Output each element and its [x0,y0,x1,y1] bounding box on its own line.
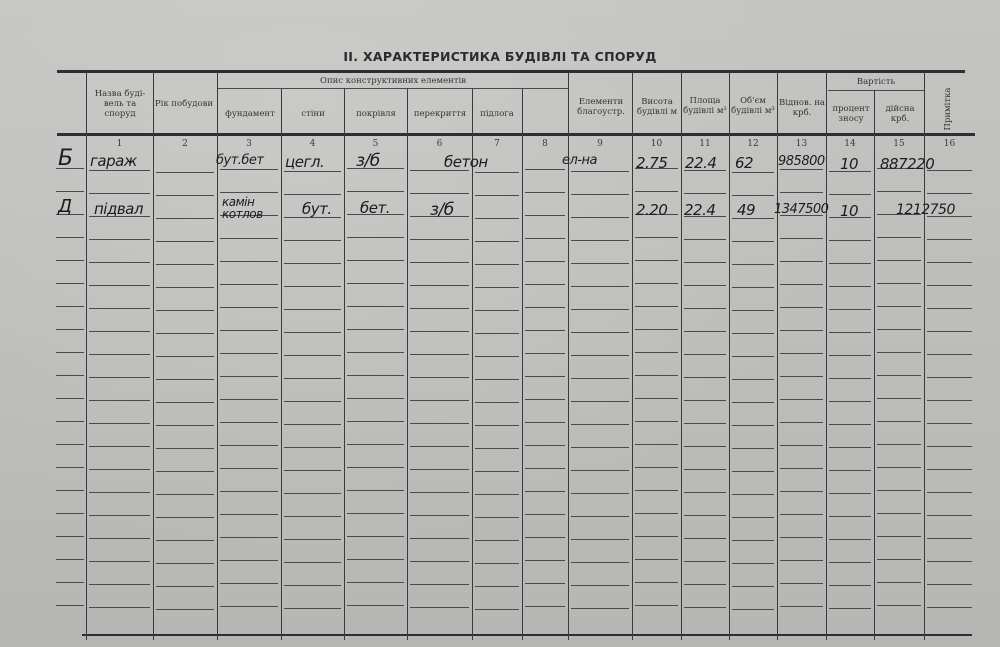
row-rule [525,192,565,193]
row-rule [284,401,341,402]
row-rule [347,536,404,537]
row-rule [927,561,972,562]
row-rule [347,352,404,353]
row1-letter: Б [58,146,73,171]
row-rule [347,513,404,514]
page-title: II. ХАРАКТЕРИСТИКА БУДІВЛІ ТА СПОРУД [0,49,1000,64]
row-rule [732,356,774,357]
row-rule [156,494,214,495]
col-header-replacement-value: Віднов. на крб. [779,94,825,122]
row-rule [927,285,972,286]
row-rule [284,447,341,448]
column-divider [826,72,827,640]
row-rule [347,467,404,468]
row-rule [877,582,921,583]
row-rule [635,605,678,606]
row-rule [780,445,823,446]
row-rule [156,448,214,449]
row-rule [89,423,150,424]
column-number: 10 [632,139,681,149]
col-header-roof: покрівля [345,104,407,124]
row-rule [410,423,469,424]
row-rule [89,469,150,470]
row-rule [780,422,823,423]
row-rule [571,424,629,425]
row-rule [780,376,823,377]
row-rule [525,169,565,170]
row-rule [571,355,629,356]
scanned-form-page: II. ХАРАКТЕРИСТИКА БУДІВЛІ ТА СПОРУД Опи… [0,0,1000,647]
row-rule [56,605,84,606]
column-number: 11 [681,139,729,149]
row-rule [927,423,972,424]
row-rule [525,238,565,239]
row-rule [635,352,678,353]
row-rule [732,540,774,541]
row-rule [732,494,774,495]
row-rule [56,467,84,468]
value-group-header: Вартість [828,76,924,88]
row2-volume: 49 [737,201,755,219]
col-header-height: Висота будівлі м [634,90,680,124]
row-rule [156,241,214,242]
row-rule [732,517,774,518]
row-rule [780,537,823,538]
row-rule [56,536,84,537]
row-rule [571,470,629,471]
row-rule [284,194,341,195]
row-rule [525,560,565,561]
row-rule [525,353,565,354]
column-number: 7 [472,139,522,149]
column-number: 6 [407,139,472,149]
row-rule [284,539,341,540]
row-rule [284,493,341,494]
row2-height: 2.20 [636,201,667,219]
row-rule [220,491,278,492]
row-rule [732,586,774,587]
row-rule [780,514,823,515]
row2-foundation: камін котлов [222,196,282,220]
row-rule [220,192,278,193]
row-rule [684,538,726,539]
row-rule [284,355,341,356]
row-rule [635,375,678,376]
row1-walls: цегл. [285,153,324,171]
row-rule [347,306,404,307]
row-rule [89,239,150,240]
row-rule [732,609,774,610]
column-divider [407,89,408,640]
row-rule [525,399,565,400]
row-rule [89,170,150,171]
col-header-wear-percent: процент зносу [828,100,874,128]
row-rule [347,398,404,399]
row-rule [156,586,214,587]
row-rule [927,262,972,263]
row-rule [89,308,150,309]
row-rule [56,375,84,376]
row-rule [220,261,278,262]
row-rule [877,375,921,376]
row-rule [347,421,404,422]
row-rule [475,195,519,196]
row-rule [220,583,278,584]
row-rule [56,559,84,560]
col-header-foundation: фундамент [219,104,281,124]
row-rule [475,471,519,472]
row-rule [347,605,404,606]
row-rule [156,540,214,541]
table-bottom-rule [82,634,972,636]
row-rule [347,444,404,445]
column-divider [153,72,154,640]
row-rule [780,583,823,584]
row-rule [284,424,341,425]
row-rule [829,585,871,586]
row-rule [525,284,565,285]
row-rule [780,560,823,561]
row-rule [927,538,972,539]
row-rule [525,445,565,446]
row-rule [410,515,469,516]
row-rule [475,241,519,242]
row-rule [877,306,921,307]
row-rule [780,238,823,239]
row-rule [732,402,774,403]
row-rule [525,215,565,216]
row-rule [284,516,341,517]
row-rule [156,563,214,564]
row-rule [877,237,921,238]
row1-roof: з/б [356,151,380,171]
row1-name: гараж [90,152,137,170]
row-rule [780,284,823,285]
row-rule [475,402,519,403]
row-rule [56,283,84,284]
row-rule [635,513,678,514]
row-rule [684,515,726,516]
row-rule [684,584,726,585]
col-header-volume: Об'єм будівлі м³ [730,88,776,124]
row-rule [780,399,823,400]
column-number: 12 [729,139,777,149]
row-rule [732,287,774,288]
row-rule [684,469,726,470]
row-rule [156,609,214,610]
row-rule [220,376,278,377]
row-rule [780,330,823,331]
row-rule [284,286,341,287]
row-rule [684,308,726,309]
row2-ceiling: з/б [430,200,454,220]
col-header-area: Площа будівлі м² [682,88,728,124]
row-rule [684,239,726,240]
row-rule [732,471,774,472]
row-rule [156,287,214,288]
row-rule [89,331,150,332]
construction-group-header: Опис конструктивних елементів [218,75,568,87]
row-rule [829,447,871,448]
row-rule [475,609,519,610]
row-rule [877,329,921,330]
row-rule [635,582,678,583]
row-rule [56,490,84,491]
row-rule [89,561,150,562]
row2-roof: бет. [360,199,390,217]
row-rule [927,584,972,585]
row-rule [410,538,469,539]
row-rule [156,195,214,196]
row-rule [475,517,519,518]
row-rule [525,307,565,308]
row-rule [571,194,629,195]
row-rule [635,559,678,560]
row2-area: 22.4 [684,201,715,219]
column-divider [681,72,682,640]
row-rule [89,285,150,286]
row-rule [220,307,278,308]
row2-wear-percent: 10 [840,202,858,220]
row-rule [571,562,629,563]
col-header-walls: стіни [282,104,344,124]
column-number: 8 [522,139,568,149]
row-rule [284,171,341,172]
row-rule [829,401,871,402]
row-rule [56,444,84,445]
row-rule [829,355,871,356]
row-rule [525,422,565,423]
row-rule [571,171,629,172]
row-rule [220,445,278,446]
row-rule [571,608,629,609]
row-rule [410,193,469,194]
row-rule [284,378,341,379]
row2-actual-value: 1212750 [896,202,955,218]
row-rule [475,586,519,587]
row-rule [56,306,84,307]
row-rule [571,286,629,287]
column-divider [874,90,875,640]
row-rule [475,310,519,311]
row-rule [89,262,150,263]
row2-walls: бут. [302,200,332,218]
row-rule [877,490,921,491]
column-divider [632,72,633,640]
row-rule [347,490,404,491]
row1-height: 2.75 [636,154,667,172]
row-rule [284,263,341,264]
row-rule [635,536,678,537]
row-rule [780,353,823,354]
row-rule [877,513,921,514]
row-rule [525,606,565,607]
row-rule [347,237,404,238]
row-rule [156,264,214,265]
row-rule [877,559,921,560]
row-rule [877,444,921,445]
column-number: 13 [777,139,826,149]
row-rule [927,354,972,355]
row-rule [410,377,469,378]
row-rule [635,191,678,192]
column-number: 4 [281,139,344,149]
column-divider [344,89,345,640]
row-rule [156,310,214,311]
row-rule [829,332,871,333]
row-rule [347,375,404,376]
row-rule [475,264,519,265]
row-rule [829,516,871,517]
row2-letter: Д [58,196,72,217]
row-rule [571,493,629,494]
row-rule [684,423,726,424]
row-rule [684,285,726,286]
row-rule [829,194,871,195]
header-bottom-rule [57,133,975,136]
row-rule [410,354,469,355]
row-rule [347,283,404,284]
row-rule [89,584,150,585]
row-rule [475,218,519,219]
row-rule [475,563,519,564]
row-rule [475,172,519,173]
row-rule [780,261,823,262]
column-number: 1 [86,139,153,149]
col-header-floor: підлога [473,104,521,124]
row-rule [56,352,84,353]
row-rule [635,283,678,284]
row-rule [347,329,404,330]
row-rule [89,538,150,539]
column-divider [472,89,473,640]
row-rule [635,260,678,261]
row-rule [284,240,341,241]
row-rule [732,425,774,426]
row-rule [89,607,150,608]
row-rule [89,446,150,447]
row-rule [927,515,972,516]
row-rule [780,192,823,193]
row-rule [732,563,774,564]
row-rule [156,425,214,426]
row1-ceiling: бетон [444,153,488,171]
row-rule [732,379,774,380]
row-rule [927,400,972,401]
row-rule [684,607,726,608]
row-rule [347,260,404,261]
row-rule [475,425,519,426]
row-rule [877,605,921,606]
row-rule [732,195,774,196]
row-rule [410,607,469,608]
row-rule [220,606,278,607]
row-rule [877,260,921,261]
row-rule [156,356,214,357]
row-rule [56,329,84,330]
col-header-year: Рік побудови [154,86,214,122]
row-rule [684,561,726,562]
column-number: 3 [217,139,281,149]
column-divider [522,89,523,640]
row-rule [475,448,519,449]
column-number: 2 [153,139,217,149]
row-rule [780,307,823,308]
row-rule [571,585,629,586]
row-rule [410,239,469,240]
row-rule [635,306,678,307]
table-top-rule [57,70,965,73]
row1-foundation: бут.бет [216,153,264,168]
row1-area: 22.4 [685,154,716,172]
row-rule [732,241,774,242]
row-rule [284,585,341,586]
row-rule [525,261,565,262]
row-rule [89,492,150,493]
row2-name: підвал [94,200,143,218]
row-rule [89,354,150,355]
row-rule [927,377,972,378]
row-rule [780,606,823,607]
row1-wear-percent: 10 [840,155,858,173]
row-rule [927,446,972,447]
row-rule [780,491,823,492]
row2-replacement-value: 1347500 [774,202,828,217]
row1-replacement-value: 985800 [778,154,825,169]
column-number: 9 [568,139,632,149]
row-rule [89,515,150,516]
row-rule [732,333,774,334]
row1-volume: 62 [735,154,753,172]
row-rule [571,401,629,402]
value-group-rule [828,90,924,91]
column-number: 16 [924,139,975,149]
row-rule [525,330,565,331]
row-rule [635,237,678,238]
row-rule [571,332,629,333]
row-rule [571,263,629,264]
row-rule [927,607,972,608]
row-rule [284,470,341,471]
row-rule [684,331,726,332]
row-rule [410,561,469,562]
row-rule [684,492,726,493]
row-rule [156,379,214,380]
row1-actual-value: 887220 [880,155,934,173]
column-divider [729,72,730,640]
row-rule [56,513,84,514]
row-rule [475,356,519,357]
row1-improvements: ел-на [562,153,597,168]
row-rule [927,239,972,240]
row-rule [410,262,469,263]
row-rule [635,329,678,330]
row-rule [56,398,84,399]
row-rule [56,260,84,261]
row-rule [635,444,678,445]
row-rule [56,191,84,192]
row-rule [220,399,278,400]
row-rule [220,468,278,469]
row-rule [877,421,921,422]
row-rule [571,539,629,540]
row-rule [220,330,278,331]
row-rule [220,537,278,538]
column-number: 5 [344,139,407,149]
row-rule [284,332,341,333]
row-rule [89,193,150,194]
column-number: 15 [874,139,924,149]
